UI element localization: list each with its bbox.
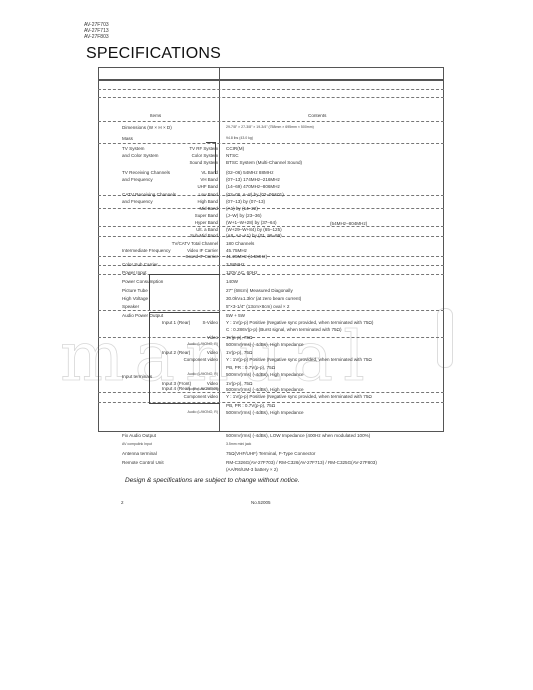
spec-value: 94.8 lbs (43.0 kg) xyxy=(226,136,253,140)
spec-value: (07–13) by (07–13) xyxy=(226,199,265,204)
spec-value: 140W xyxy=(226,279,238,284)
spec-value: 180 Channels xyxy=(226,241,254,246)
input-sub-label: Audio (L/MONO, R) xyxy=(187,410,218,414)
spec-sub-label: Sound System xyxy=(189,160,218,165)
input-sub-label: Audio (L/MONO, R) xyxy=(187,372,218,376)
input-sub-label: Video xyxy=(207,335,218,340)
extra-spec-label: AV compulink Input xyxy=(122,442,152,446)
input-sub-label: Component video xyxy=(184,394,218,399)
spec-item-label: TV Receiving Channels xyxy=(122,170,170,175)
row-rule xyxy=(98,208,444,209)
spec-sub-label: Video IF Carrier xyxy=(187,248,218,253)
row-rule xyxy=(98,89,444,90)
spec-item-label: and Frequency xyxy=(122,199,153,204)
spec-value: 5"×3-1/4" (13cm×8cm) oval × 2 xyxy=(226,304,289,309)
extra-spec-value: 3.5mm mini jack xyxy=(226,442,251,446)
spec-item-label: High Voltage xyxy=(122,296,148,301)
page-number: 2 xyxy=(121,500,124,505)
spec-sub-label: Mid Band xyxy=(199,206,218,211)
spec-value: 3.58MHz xyxy=(226,262,244,267)
spec-item-label: Audio Power Output xyxy=(122,313,163,318)
spec-item-label: TV System xyxy=(122,146,144,151)
input-value: Y : 1V(p-p) Positive (Negative sync prov… xyxy=(226,357,372,362)
spec-value: (07–13) 174MHz–216MHz xyxy=(226,177,280,182)
spec-value: (02–06, A–8) by (02–06&01) xyxy=(226,192,284,197)
input-value: 500mV(rms) (-4dBs), High Impedance xyxy=(226,410,304,415)
extra-spec-value-2: (AA/R6/UM-3 battery × 2) xyxy=(226,467,278,472)
spec-sub-label: Sound IF Carrier xyxy=(186,254,218,259)
input-value: 500mV(rms) (-4dBs), High Impedance xyxy=(226,387,304,392)
extra-spec-value: 75Ω(VHF/UHF) Terminal, F-Type Connector xyxy=(226,451,315,456)
spec-value: (W+1–W+28) by (37–64) xyxy=(226,220,277,225)
row-rule xyxy=(98,143,444,144)
input-value: Y : 1V(p-p) Positive (Negative sync prov… xyxy=(226,320,373,325)
spec-item-label: Intermediate Frequency xyxy=(122,248,171,253)
spec-sub-label: Hyper Band xyxy=(195,220,218,225)
col-header-contents: Contents xyxy=(308,113,326,118)
input-note: (For AV-27F803) xyxy=(193,387,219,391)
spec-sub-label: Color System xyxy=(192,153,218,158)
spec-value: (14–69) 470MHz–806MHz xyxy=(226,184,280,189)
input-name: Input 4 (Rear) xyxy=(162,386,190,391)
extra-spec-label: Fix Audio Output xyxy=(122,433,156,438)
spec-value: 120V AC, 60Hz xyxy=(226,270,257,275)
input-sub-label: Audio (L/MONO, R) xyxy=(187,342,218,346)
spec-item-label: CATV Receiving Channels xyxy=(122,192,176,197)
input-value: 500mV(rms) (-4dBs), High Impedance xyxy=(226,342,304,347)
spec-sub-label: Low Band xyxy=(198,192,218,197)
spec-sub-label: Ult. a Band xyxy=(196,227,218,232)
input-sub-label: Video xyxy=(207,381,218,386)
spec-value: 5W + 5W xyxy=(226,313,245,318)
spec-item-label: and Frequency xyxy=(122,177,153,182)
page-title: SPECIFICATIONS xyxy=(86,45,221,63)
spec-value: (A1) by (14–22) xyxy=(226,206,258,211)
col-header-items: Items xyxy=(150,113,161,118)
input-terminals-label: Input terminals xyxy=(122,374,152,379)
extra-spec-value: RM-C326G(AV-27F703) / RM-C326(AV-27F713)… xyxy=(226,460,377,465)
extra-spec-value: 500mV(rms) (-4dBs), LOW Impedance (400Hz… xyxy=(226,433,370,438)
spec-item-label: Color Sub Carrier xyxy=(122,262,158,267)
spec-value: 30.0kV±1.3kV (at zero beam current) xyxy=(226,296,301,301)
spec-value: 29-7/8" × 27-3/8" × 19-3/4" (758mm × 695… xyxy=(226,125,314,129)
input-value: 1V(p-p), 75Ω xyxy=(226,381,252,386)
spec-value: 27" (68cm) Measured Diagonally xyxy=(226,288,293,293)
spec-value: NTSC xyxy=(226,153,239,158)
input-name: Input 1 (Rear) xyxy=(162,320,190,325)
spec-sub-label: VH Band xyxy=(200,177,218,182)
spec-item-label: Speaker xyxy=(122,304,139,309)
input-sub-label: Video xyxy=(207,350,218,355)
model-3: AV-27F803 xyxy=(84,34,109,40)
spec-sub-label: Super Band xyxy=(195,213,218,218)
spec-sub-label: TV/CATV Total Channel xyxy=(172,241,218,246)
input-value: C : 0.286V(p-p) (Burst signal, when term… xyxy=(226,327,342,332)
spec-item-label: and Color System xyxy=(122,153,159,158)
spec-value: 41.25MHz (4.5MHz) xyxy=(226,254,267,259)
header-rule xyxy=(98,79,444,81)
row-rule xyxy=(98,121,444,122)
input-value: PB, PR : 0.7V(p-p), 75Ω xyxy=(226,403,275,408)
row-rule xyxy=(98,256,444,257)
spec-item-label: Picture Tube xyxy=(122,288,148,293)
input-value: 1V(p-p), 75Ω xyxy=(226,335,252,340)
extra-spec-label: Remote Control Unit xyxy=(122,460,164,465)
notice: Design & specifications are subject to c… xyxy=(125,477,300,484)
spec-sub-label: TV RF System xyxy=(189,146,218,151)
spec-value: (A8, A4–A1) by (01, 96–99) xyxy=(226,233,282,238)
input-value: Y : 1V(p-p) Positive (Negative sync prov… xyxy=(226,394,372,399)
spec-item-label: Power Consumption xyxy=(122,279,163,284)
model-numbers: AV-27F703 AV-27F713 AV-27F803 xyxy=(84,22,109,40)
spec-value: BTSC System (Multi-Channel Sound) xyxy=(226,160,302,165)
input-value: 1V(p-p), 75Ω xyxy=(226,350,252,355)
spec-sub-label: VL Band xyxy=(201,170,218,175)
spec-sub-label: UHF Band xyxy=(198,184,219,189)
doc-number: No.52005 xyxy=(251,500,271,505)
spec-value: (J–W) by (23–36) xyxy=(226,213,262,218)
spec-value: (W+29–W+84) by (65–125) xyxy=(226,227,282,232)
spec-item-label: Dimensions (W × H × D) xyxy=(122,125,172,130)
spec-item-label: Mass xyxy=(122,136,133,141)
input-value: PB, PR : 0.7V(p-p), 75Ω xyxy=(226,365,275,370)
input-value: 500mV(rms) (-4dBs), High Impedance xyxy=(226,372,304,377)
band-note: (54MHz–804MHz) xyxy=(330,221,367,226)
row-rule xyxy=(98,310,444,311)
spec-value: 45.75MHz xyxy=(226,248,247,253)
spec-value: CCIR(M) xyxy=(226,146,244,151)
input-sub-label: S-Video xyxy=(202,320,218,325)
row-rule xyxy=(98,97,444,98)
spec-sub-label: Sub-Mid Band xyxy=(190,233,218,238)
extra-spec-label: Antenna terminal xyxy=(122,451,157,456)
spec-item-label: Power Input xyxy=(122,270,147,275)
spec-value: (02–06) 54MHz 88MHz xyxy=(226,170,274,175)
input-sub-label: Component video xyxy=(184,357,218,362)
spec-sub-label: High Band xyxy=(197,199,218,204)
input-name: Input 2 (Rear) xyxy=(162,350,190,355)
